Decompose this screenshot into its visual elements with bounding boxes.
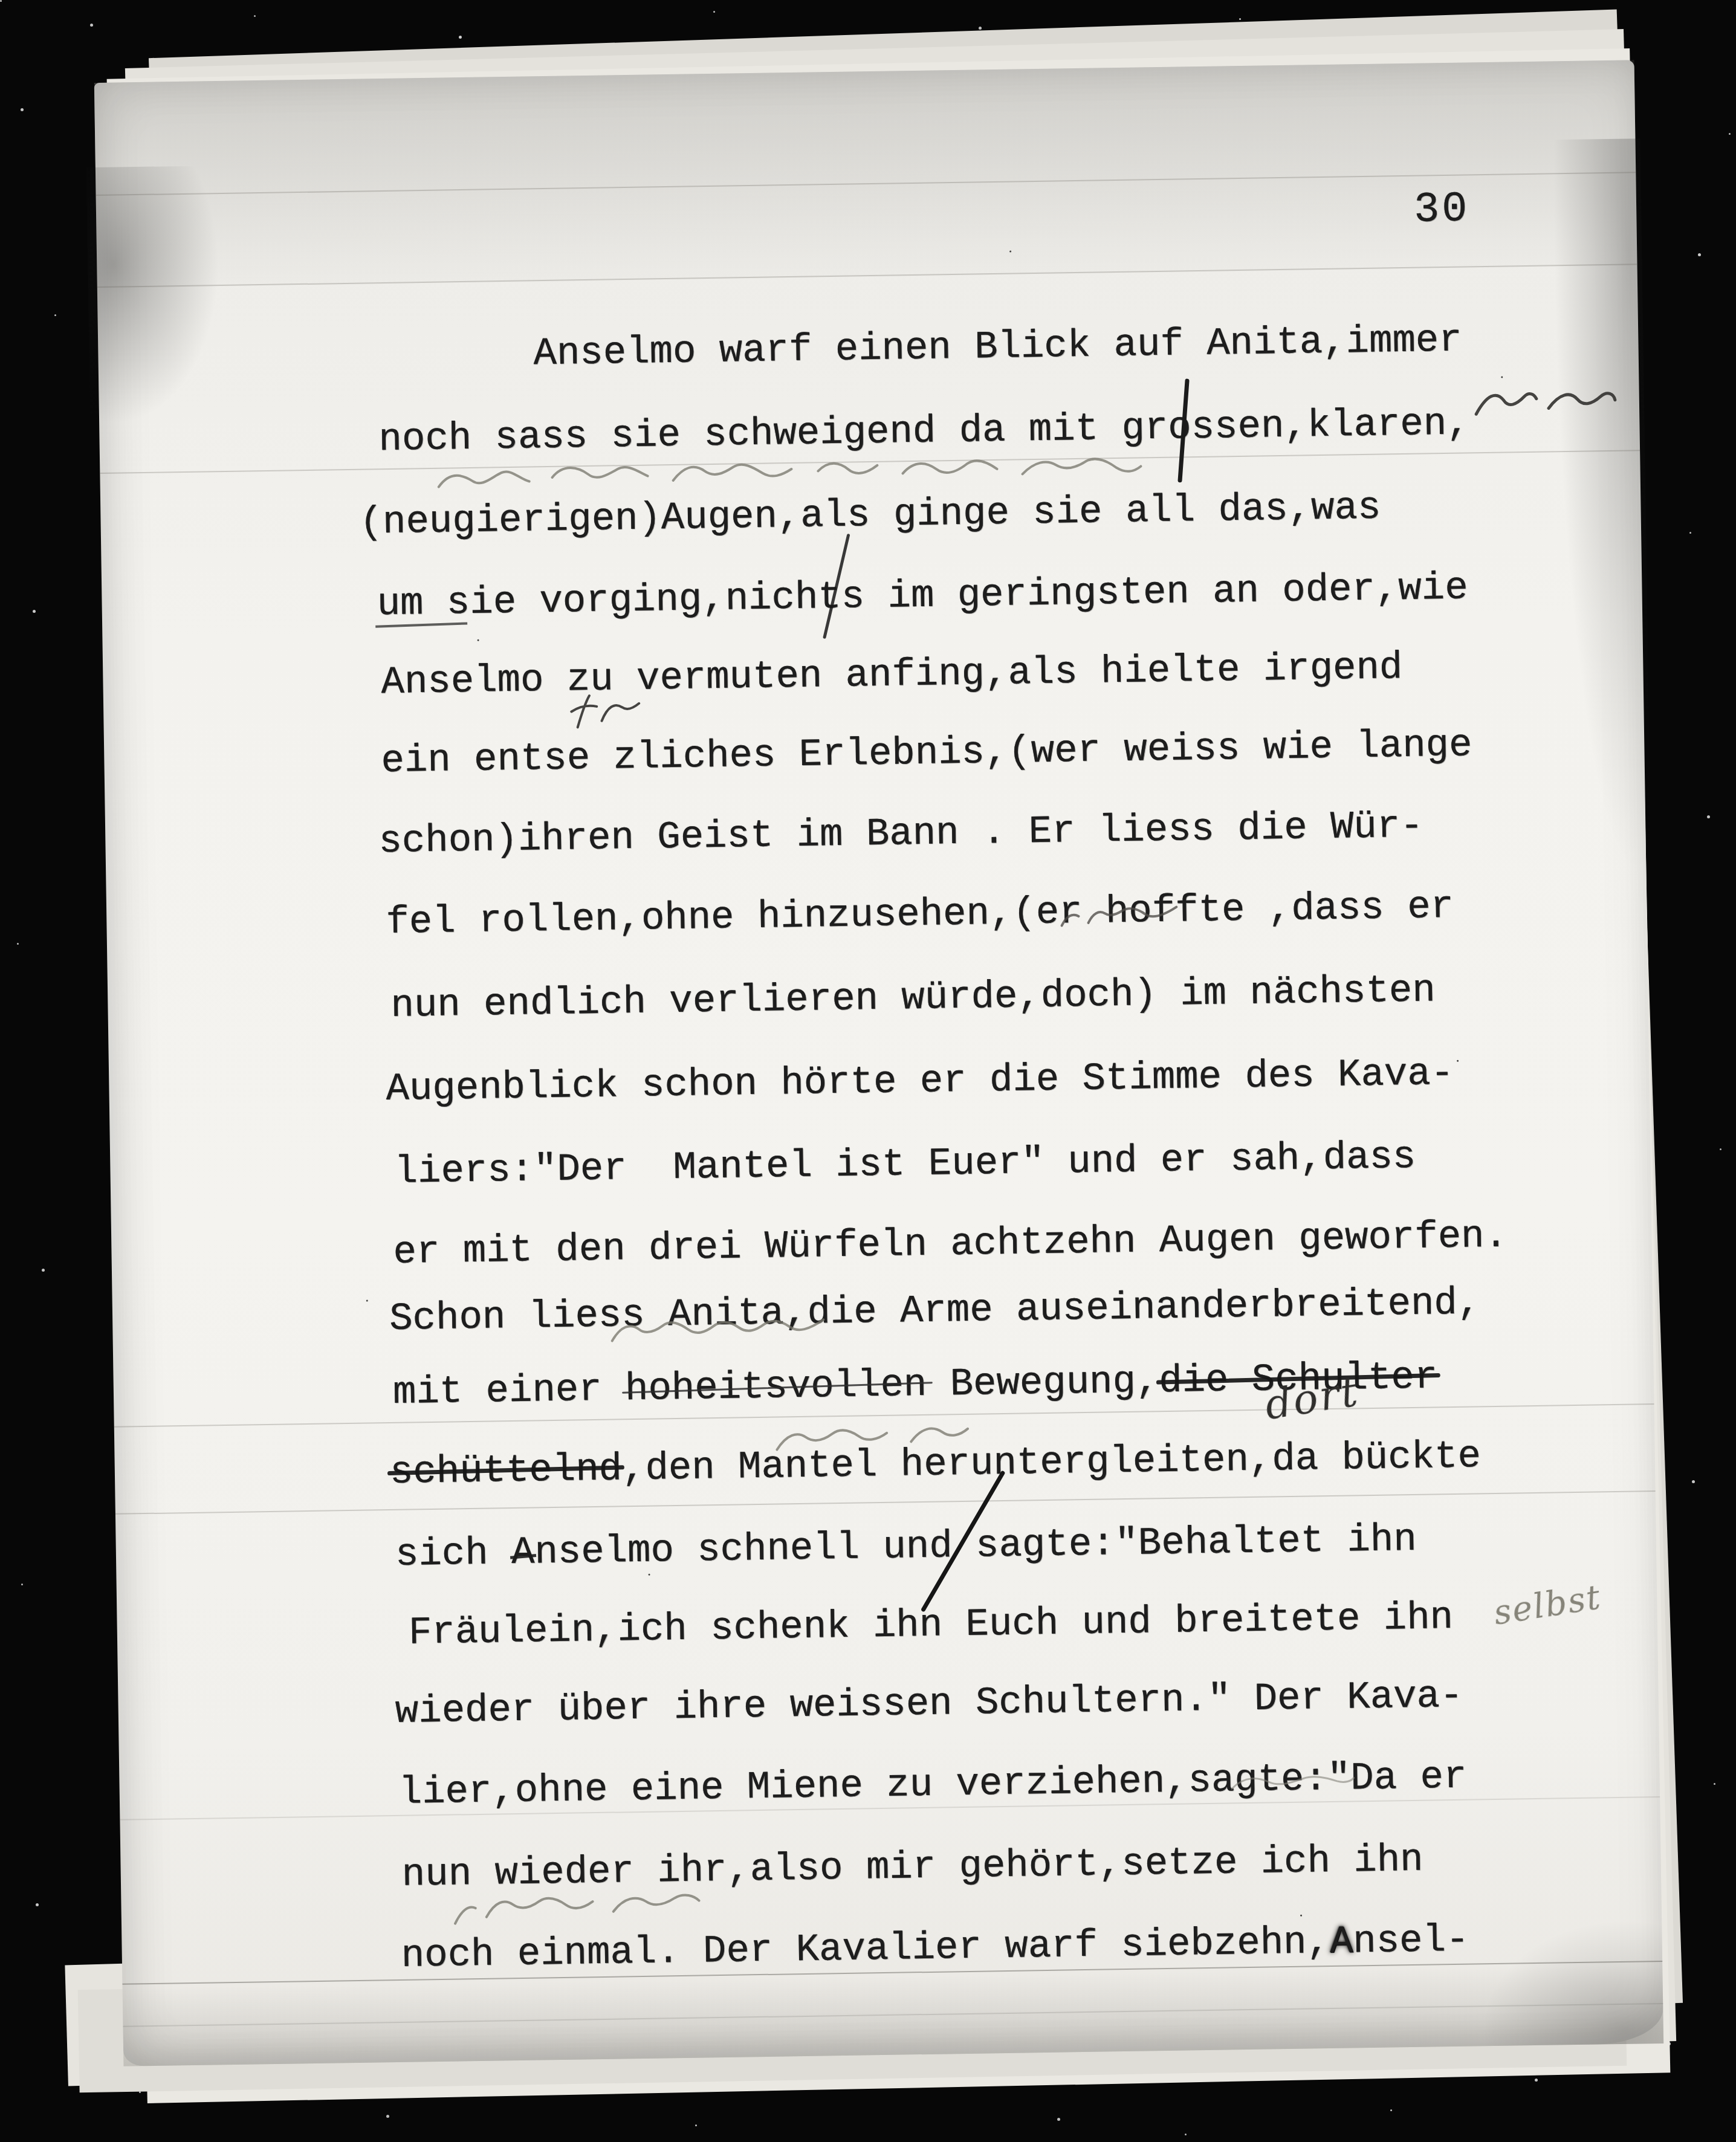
handwritten-note-above-doch (1055, 896, 1183, 940)
typescript-line-1: Anselmo warf einen Blick auf Anita,immer (533, 320, 1462, 376)
corner-smudge-bottom-right (1468, 1911, 1663, 2047)
manuscript-page: 30 Anselmo warf einen Blick auf Anita,im… (94, 60, 1663, 2066)
typescript-line-4: um sie vorging,nichts im geringsten an o… (377, 567, 1468, 626)
handwritten-scribble-margin-right (1471, 375, 1619, 435)
line21-rest: nsel- (1353, 1919, 1469, 1964)
struck-word-schuettelnd: schüttelnd (389, 1448, 622, 1494)
blotted-A: A (1329, 1921, 1353, 1965)
page-number: 30 (1414, 186, 1470, 233)
paper-specks (94, 83, 96, 85)
typescript-line-13: Schon liess Anita,die Arme auseinanderbr… (389, 1282, 1481, 1341)
typescript-line-8: fel rollen,ohne hinzusehen,(er hoffte ,d… (386, 886, 1454, 945)
slashed-word-und: und (883, 1525, 953, 1570)
overstruck-A: A (511, 1532, 534, 1575)
scan-rule-line (115, 1490, 1656, 1515)
typescript-line-6: ein entse zliches Erlebnis,(wer weiss wi… (381, 724, 1472, 783)
line16-mid: nselmo schnell (534, 1526, 883, 1575)
dust-specks (0, 0, 2, 2)
struck-word-hoheitsvollen: hoheitsvollen (625, 1364, 927, 1411)
typescript-line-17: Fräulein,ich schenk ihn Euch und breitet… (408, 1597, 1453, 1655)
line14-pre: mit einer (392, 1368, 625, 1415)
handwritten-note-above-noch-einmal (449, 1882, 703, 1935)
typescript-line-5: Anselmo zu vermuten anfing,als hielte ir… (381, 647, 1403, 704)
typescript-line-11: liers:"Der Mantel ist Euer" und er sah,d… (394, 1136, 1416, 1194)
handwritten-word-above-hoheitsvollen (607, 1305, 831, 1353)
typescript-line-10: Augenblick schon hörte er die Stimme des… (386, 1053, 1454, 1111)
page-top-shading (94, 60, 1637, 288)
typescript-line-12: er mit den drei Würfeln achtzehn Augen g… (393, 1215, 1508, 1275)
handwritten-word-selbst: selbst (1491, 1577, 1604, 1633)
handwritten-words-above-den-mantel (771, 1412, 971, 1463)
line16-rest: sagte:"Behaltet ihn (952, 1518, 1417, 1568)
scan-background: 30 Anselmo warf einen Blick auf Anita,im… (0, 0, 1736, 2142)
edge-smudge-right (1549, 138, 1651, 895)
corner-smudge-top-left (86, 166, 236, 446)
line16-pre: sich (395, 1532, 511, 1577)
handwritten-insertion-entsetzliches (566, 690, 644, 736)
handwritten-scribble-interline-2 (433, 443, 1147, 505)
line15-rest: ,den Mantel heruntergleiten,da bückte (621, 1435, 1481, 1491)
typescript-line-7: schon)ihren Geist im Bann . Er liess die… (378, 806, 1423, 864)
typescript-line-18: wieder über ihre weissen Schultern." Der… (395, 1675, 1463, 1734)
typescript-line-9: nun endlich verlieren würde,doch) im näc… (390, 969, 1436, 1027)
line14-mid: Bewegung, (927, 1360, 1159, 1407)
handwritten-scrawl-above-setze (1226, 1760, 1357, 1798)
typescript-line-16: sich Anselmo schnell und sagte:"Behaltet… (395, 1519, 1417, 1576)
